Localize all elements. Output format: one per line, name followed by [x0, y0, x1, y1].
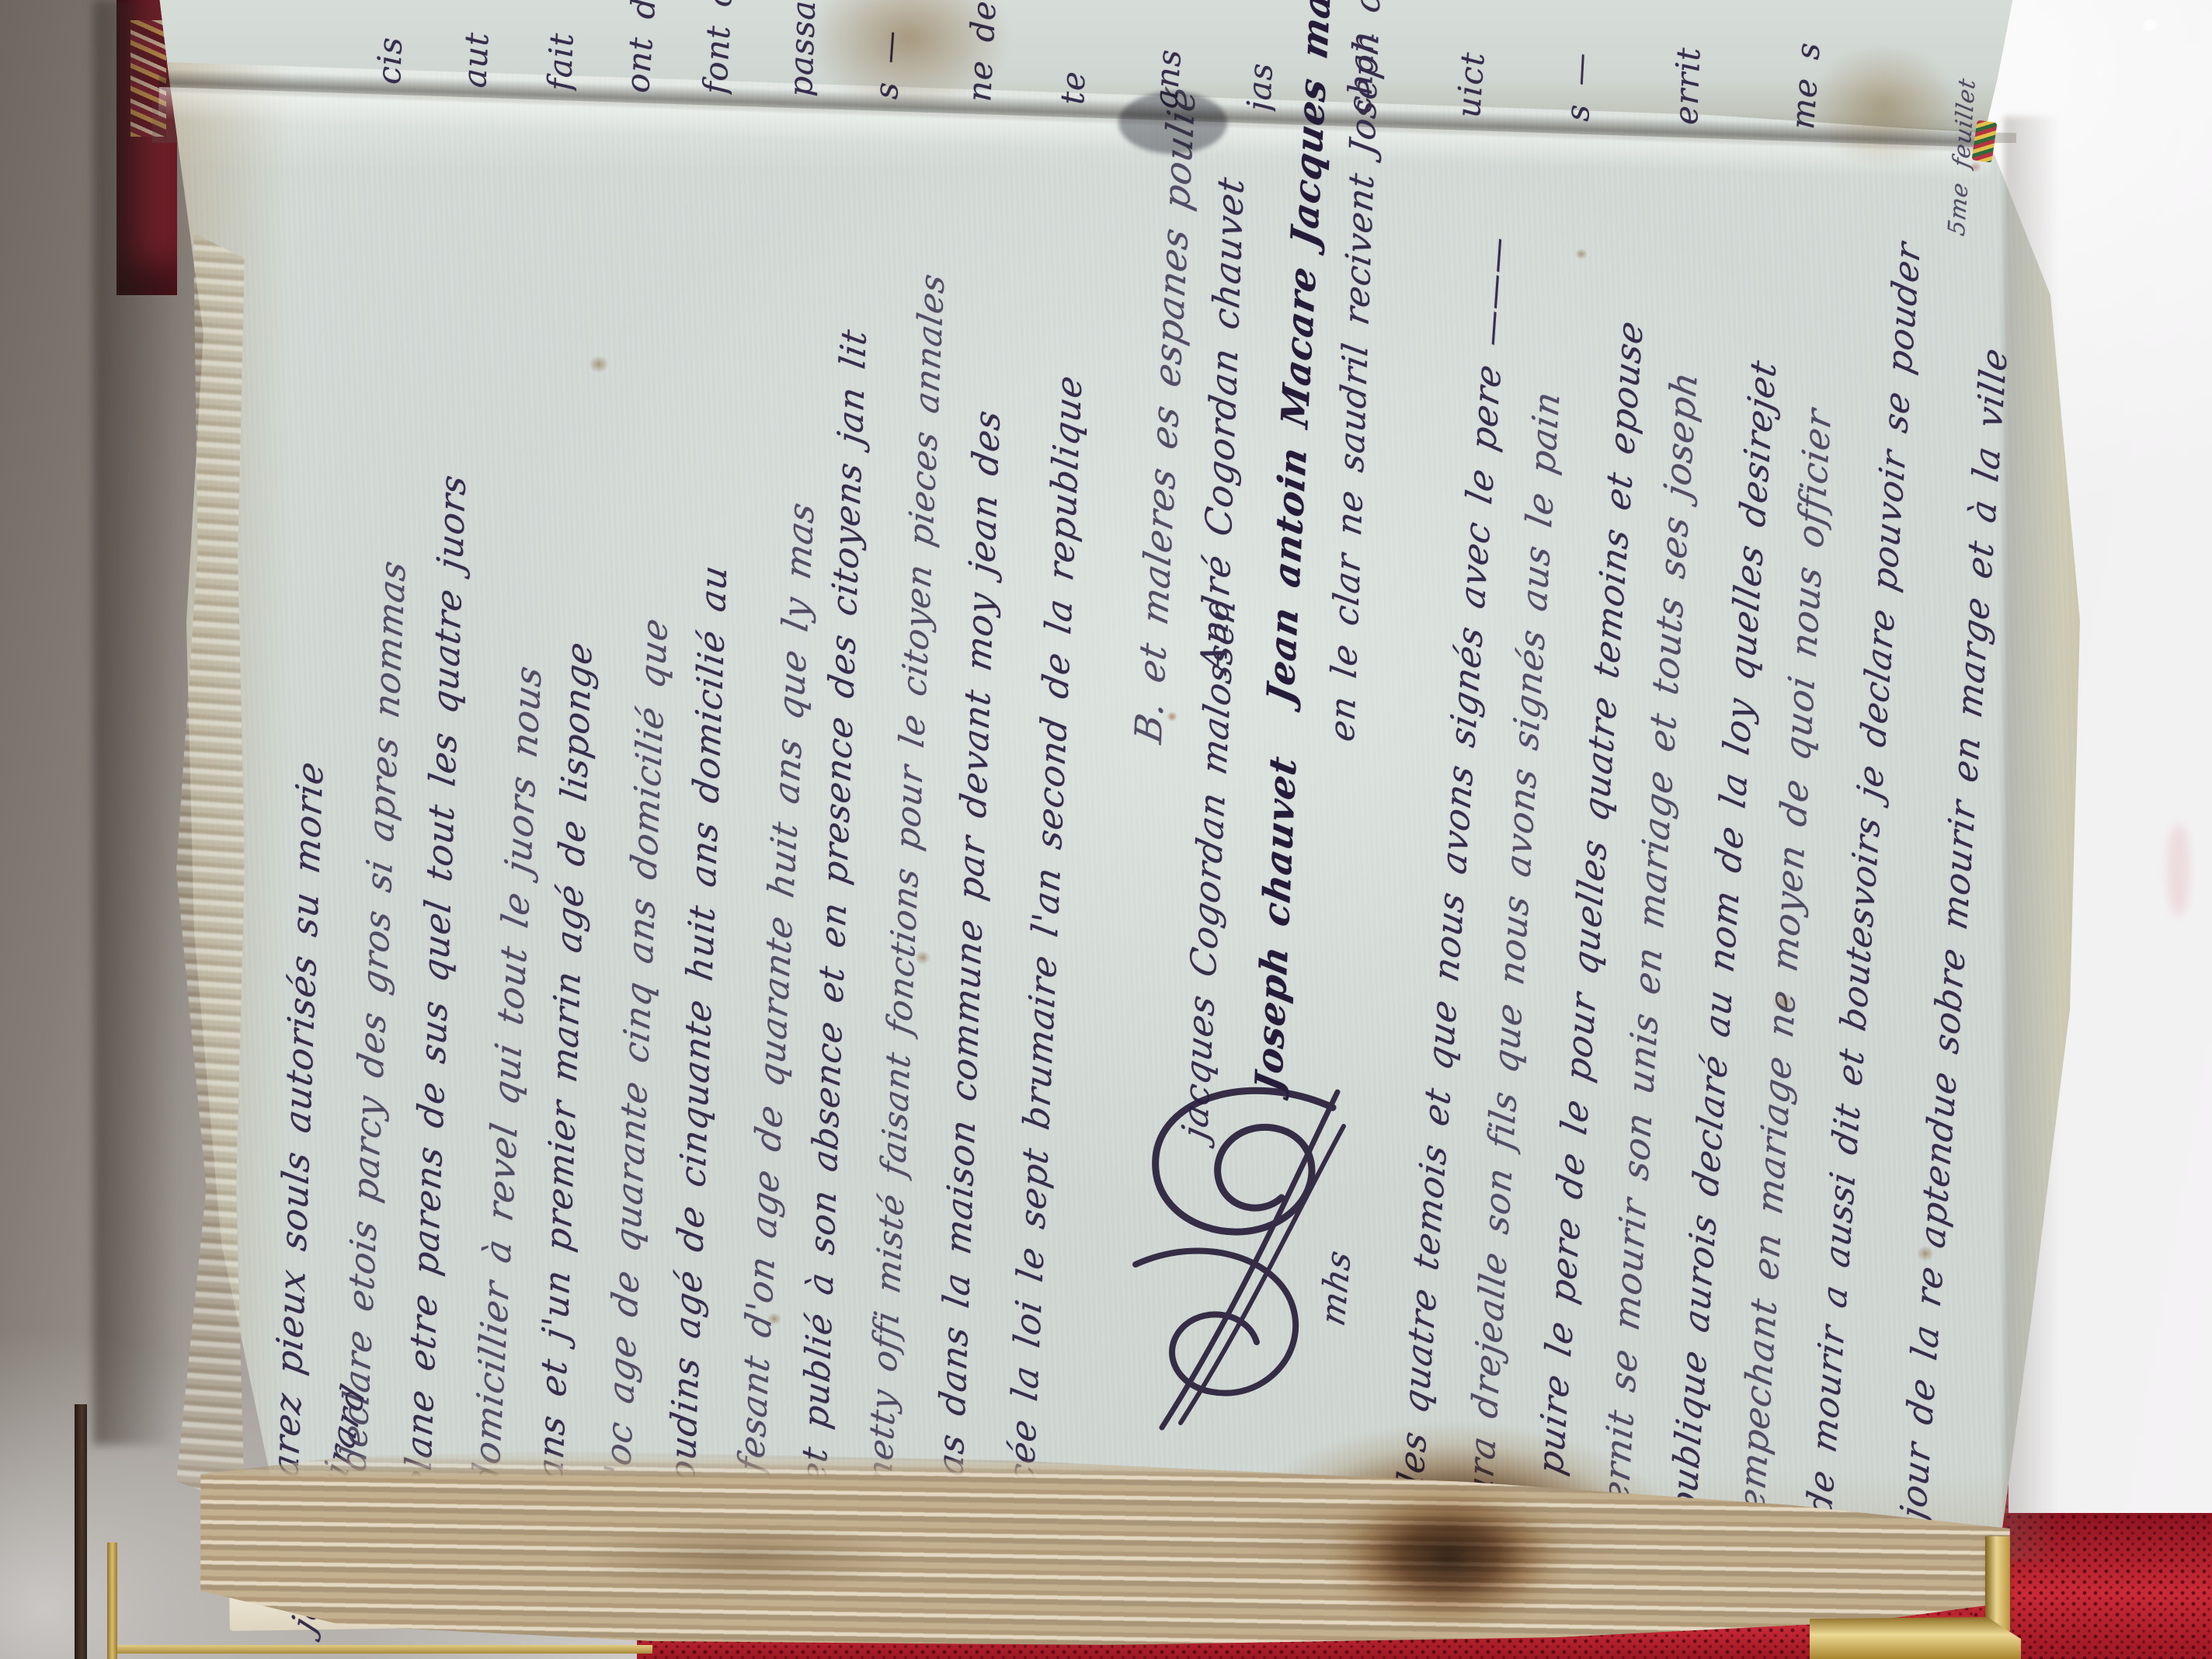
- foxing-spot: [1917, 1246, 1934, 1261]
- handwriting-fragment: te: [1056, 3, 1093, 105]
- foxing-spot: [1167, 711, 1177, 722]
- table-smudge: [2167, 823, 2190, 916]
- handwriting-fragment: jas: [1243, 9, 1281, 112]
- ink-smudge: [1118, 92, 1227, 154]
- handwriting-fragment: errit: [1670, 23, 1706, 125]
- signature-paraphe-icon: [1087, 1080, 1351, 1437]
- handwriting-fragment: aut: [458, 0, 496, 89]
- brass-corner-clasp: [1985, 1536, 2010, 1631]
- foxing-spot: [767, 1313, 781, 1325]
- burn-stain-core: [1320, 1480, 1577, 1635]
- cover-board-gilt: [107, 1542, 117, 1659]
- handwriting-fragment: s —: [1561, 19, 1599, 122]
- paper-stain: [1810, 43, 1957, 168]
- foxing-spot: [1772, 993, 1794, 1011]
- foxing-spot: [589, 356, 609, 373]
- handwriting-fragment: cis: [373, 0, 409, 85]
- handwriting-fragment: fait: [544, 0, 580, 91]
- page-edge-shadow-right: [2004, 117, 2074, 1561]
- foxing-spot: [1575, 249, 1588, 259]
- cover-board-edge: [75, 1404, 87, 1659]
- foxing-spot: [915, 951, 930, 965]
- foxing-spot: [1970, 162, 1981, 172]
- brass-corner-clasp: [1810, 1617, 2021, 1659]
- board-gilt-edge: [117, 1645, 652, 1654]
- dust-speck: [2097, 71, 2103, 77]
- page-edge-shadow-left: [93, 0, 179, 1445]
- paper-stain: [808, 0, 1010, 112]
- photo-open-register: cis aut fait ont delane font comp passan…: [0, 0, 2212, 1659]
- dust-speck: [2144, 20, 2156, 30]
- handwriting-fragment: font comp: [699, 0, 737, 95]
